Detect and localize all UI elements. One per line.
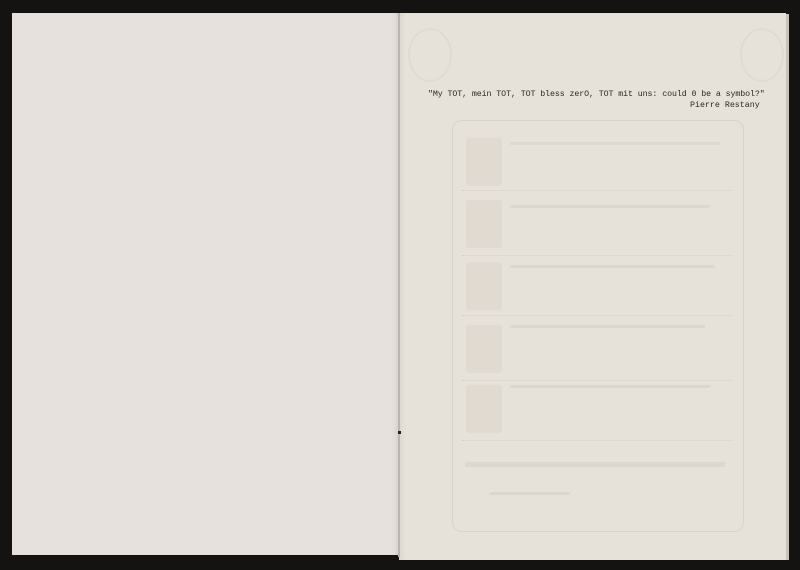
show-through-text bbox=[510, 205, 710, 208]
left-page-blank bbox=[12, 13, 398, 555]
show-through-portrait bbox=[466, 262, 502, 310]
show-through-logo-left bbox=[408, 28, 452, 82]
page-edge bbox=[786, 14, 789, 560]
show-through-address bbox=[490, 492, 570, 495]
show-through-entry bbox=[462, 380, 732, 441]
show-through-text bbox=[510, 385, 710, 388]
show-through-portrait bbox=[466, 200, 502, 248]
show-through-logo-right bbox=[740, 28, 784, 82]
show-through-portrait bbox=[466, 325, 502, 373]
show-through-text bbox=[510, 142, 720, 145]
show-through-text bbox=[510, 265, 715, 268]
show-through-entry bbox=[462, 320, 732, 381]
show-through-portrait bbox=[466, 138, 502, 186]
show-through-entry bbox=[462, 130, 732, 191]
quote-text: "My TOT, mein TOT, TOT bless zerO, TOT m… bbox=[428, 89, 768, 100]
quote-attribution: Pierre Restany bbox=[690, 100, 760, 111]
show-through-signatures bbox=[465, 462, 725, 467]
booklet-gutter-fold bbox=[398, 13, 400, 557]
staple bbox=[398, 431, 401, 434]
show-through-portrait bbox=[466, 385, 502, 433]
show-through-text bbox=[510, 325, 705, 328]
